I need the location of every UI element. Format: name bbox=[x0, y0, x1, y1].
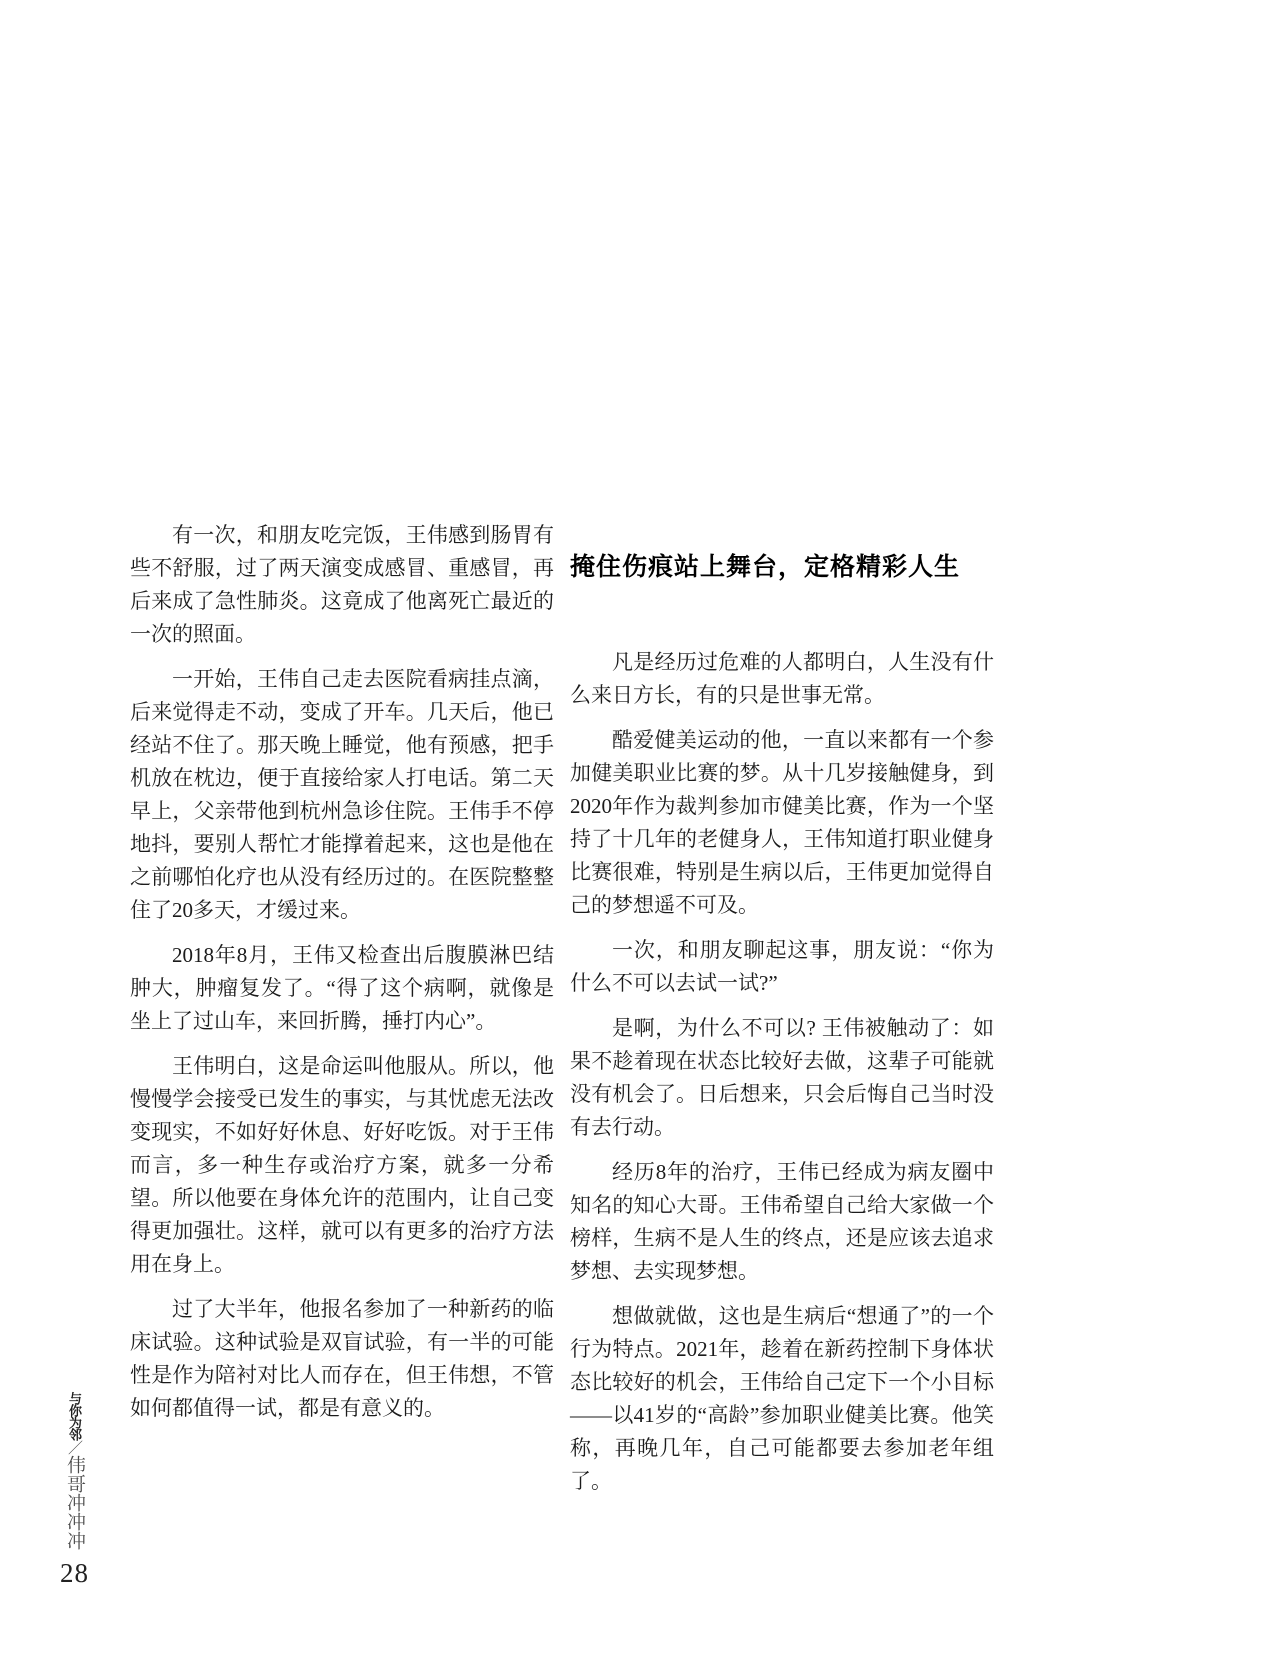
section-heading: 掩住伤痕站上舞台，定格精彩人生 bbox=[570, 550, 994, 586]
right-paragraph-3: 一次，和朋友聊起这事，朋友说：“你为什么不可以去试一试?” bbox=[570, 934, 994, 1000]
left-paragraph-4: 王伟明白，这是命运叫他服从。所以，他慢慢学会接受已发生的事实，与其忧虑无法改变现… bbox=[130, 1050, 554, 1281]
left-paragraph-5: 过了大半年，他报名参加了一种新药的临床试验。这种试验是双盲试验，有一半的可能性是… bbox=[130, 1293, 554, 1425]
slash-separator: ／ bbox=[66, 1440, 82, 1455]
left-paragraph-2: 一开始，王伟自己走去医院看病挂点滴，后来觉得走不动，变成了开车。几天后，他已经站… bbox=[130, 663, 554, 927]
column-section-label: 与你为邻 bbox=[67, 1392, 82, 1440]
left-column: 有一次，和朋友吃完饭，王伟感到肠胃有些不舒服，过了两天演变成感冒、重感冒，再后来… bbox=[130, 519, 554, 1437]
right-paragraph-1: 凡是经历过危难的人都明白，人生没有什么来日方长，有的只是世事无常。 bbox=[570, 646, 994, 712]
right-paragraph-2: 酷爱健美运动的他，一直以来都有一个参加健美职业比赛的梦。从十几岁接触健身，到20… bbox=[570, 724, 994, 922]
left-paragraph-1: 有一次，和朋友吃完饭，王伟感到肠胃有些不舒服，过了两天演变成感冒、重感冒，再后来… bbox=[130, 519, 554, 651]
right-paragraph-4: 是啊，为什么不可以? 王伟被触动了：如果不趁着现在状态比较好去做，这辈子可能就没… bbox=[570, 1012, 994, 1144]
right-paragraph-5: 经历8年的治疗，王伟已经成为病友圈中知名的知心大哥。王伟希望自己给大家做一个榜样… bbox=[570, 1156, 994, 1288]
column-title: 伟哥冲冲冲 bbox=[64, 1455, 85, 1550]
sidebar-vertical-title: 与你为邻／伟哥冲冲冲 bbox=[62, 1392, 86, 1582]
page-number: 28 bbox=[60, 1558, 89, 1589]
right-paragraph-6: 想做就做，这也是生病后“想通了”的一个行为特点。2021年，趁着在新药控制下身体… bbox=[570, 1300, 994, 1498]
left-paragraph-3: 2018年8月，王伟又检查出后腹膜淋巴结肿大，肿瘤复发了。“得了这个病啊，就像是… bbox=[130, 939, 554, 1038]
magazine-page: 有一次，和朋友吃完饭，王伟感到肠胃有些不舒服，过了两天演变成感冒、重感冒，再后来… bbox=[0, 0, 1280, 1675]
right-column: 掩住伤痕站上舞台，定格精彩人生 凡是经历过危难的人都明白，人生没有什么来日方长，… bbox=[570, 550, 994, 1510]
